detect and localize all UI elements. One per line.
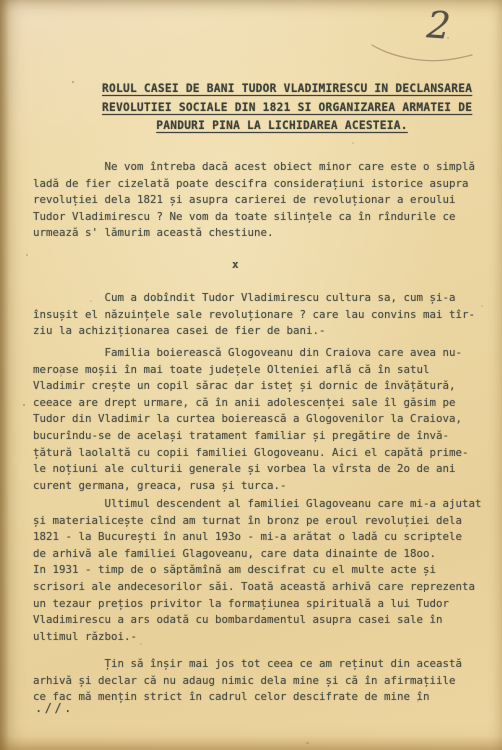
text-line: urmează s' lămurim această chestiune. <box>33 225 489 242</box>
paper-speckle <box>306 742 309 744</box>
text-line: In 1931 - timp de o săptămînă am descifr… <box>33 562 489 579</box>
paper-speckle <box>140 643 142 645</box>
paper-speckle <box>352 142 354 144</box>
text-line: Ne vom întreba dacă acest obiect minor c… <box>33 159 489 176</box>
text-line: Familia boierească Glogoveanu din Craiov… <box>33 345 489 362</box>
text-line: ceeace are drept urmare, că în anii adol… <box>33 395 489 412</box>
paper-bottom-edge-shadow <box>0 736 502 750</box>
section-separator: x <box>232 258 239 271</box>
paper-speckle <box>447 37 449 39</box>
text-line: un tezaur prețios privitor la formațiune… <box>33 596 489 613</box>
text-line: curent germana, greaca, rusa și turca.- <box>33 478 489 495</box>
paper-speckle <box>481 305 483 307</box>
paper-speckle <box>72 81 74 83</box>
text-line: Tudor din Vladimir la curtea boierească … <box>33 411 489 428</box>
paper-speckle <box>417 700 419 702</box>
paragraph-intro: Ne vom întreba dacă acest obiect minor c… <box>33 159 489 242</box>
text-line: Ultimul descendent al familiei Glagovean… <box>33 496 489 513</box>
text-line: ladă de fier cizelată poate descifra con… <box>33 176 489 193</box>
text-line: bucurîndu-se de același tratament famili… <box>33 428 489 445</box>
paragraph-glogoveanu-family: Familia boierească Glogoveanu din Craiov… <box>33 345 489 494</box>
text-line: scrisori ale andecesorilor săi. Toată ac… <box>33 579 489 596</box>
paper-speckle <box>252 521 254 523</box>
text-line: Tudor Vladimirescu ? Ne vom da toate sil… <box>33 209 489 226</box>
text-line: ultimul război.- <box>33 629 489 646</box>
text-line: Vladimir crește un copil sărac dar isteț… <box>33 378 489 395</box>
continuation-mark: .//. <box>35 701 74 715</box>
paragraph-archive: Ultimul descendent al familiei Glagovean… <box>33 496 489 645</box>
text-line: 1821 - la București în anul 193o - mi-a … <box>33 529 489 546</box>
paragraph-closing: Țin să înșir mai jos tot ceea ce am reți… <box>33 656 489 706</box>
text-line: ce fac mă mențin strict în cadrul celor … <box>33 689 489 706</box>
paper-left-edge-shadow <box>0 0 9 750</box>
title-line: PANDURI PINA LA LICHIDAREA ACESTEIA. <box>102 117 462 136</box>
paper-speckle <box>60 374 62 377</box>
text-line: însușit el năzuințele sale revoluționare… <box>33 307 489 324</box>
paragraph-question: Cum a dobîndit Tudor Vladimirescu cultur… <box>33 290 489 340</box>
text-line: de arhivă ale familiei Glagoveanu, care … <box>33 546 489 563</box>
text-line: Cum a dobîndit Tudor Vladimirescu cultur… <box>33 290 489 307</box>
paper-speckle <box>23 404 25 406</box>
scanned-document-page: 2 ROLUL CASEI DE BANI TUDOR VLADIMIRESCU… <box>0 0 502 750</box>
text-line: le noțiuni ale culturii generale și vorb… <box>33 461 489 478</box>
paper-speckle <box>26 254 28 256</box>
text-line: și materialicește cînd am turnat în bron… <box>33 513 489 530</box>
pencil-mark <box>368 42 478 68</box>
text-line: țătură laolaltă cu copii familiei Glogov… <box>33 445 489 462</box>
text-line: ziu la achiziționarea casei de fier de b… <box>33 323 489 340</box>
text-line: Țin să înșir mai jos tot ceea ce am reți… <box>33 656 489 673</box>
text-line: arhivă și declar că nu adaug nimic dela … <box>33 673 489 690</box>
document-title: ROLUL CASEI DE BANI TUDOR VLADIMIRESCU I… <box>102 80 462 136</box>
title-line: ROLUL CASEI DE BANI TUDOR VLADIMIRESCU I… <box>102 80 462 99</box>
text-line: meroase moșii în mai toate județele Olte… <box>33 362 489 379</box>
text-line: Vladimirescu a ars odată cu bombardament… <box>33 612 489 629</box>
title-line: REVOLUTIEI SOCIALE DIN 1821 SI ORGANIZAR… <box>102 99 462 118</box>
text-line: revoluției dela 1821 și asupra carierei … <box>33 192 489 209</box>
paper-speckle <box>90 300 92 302</box>
